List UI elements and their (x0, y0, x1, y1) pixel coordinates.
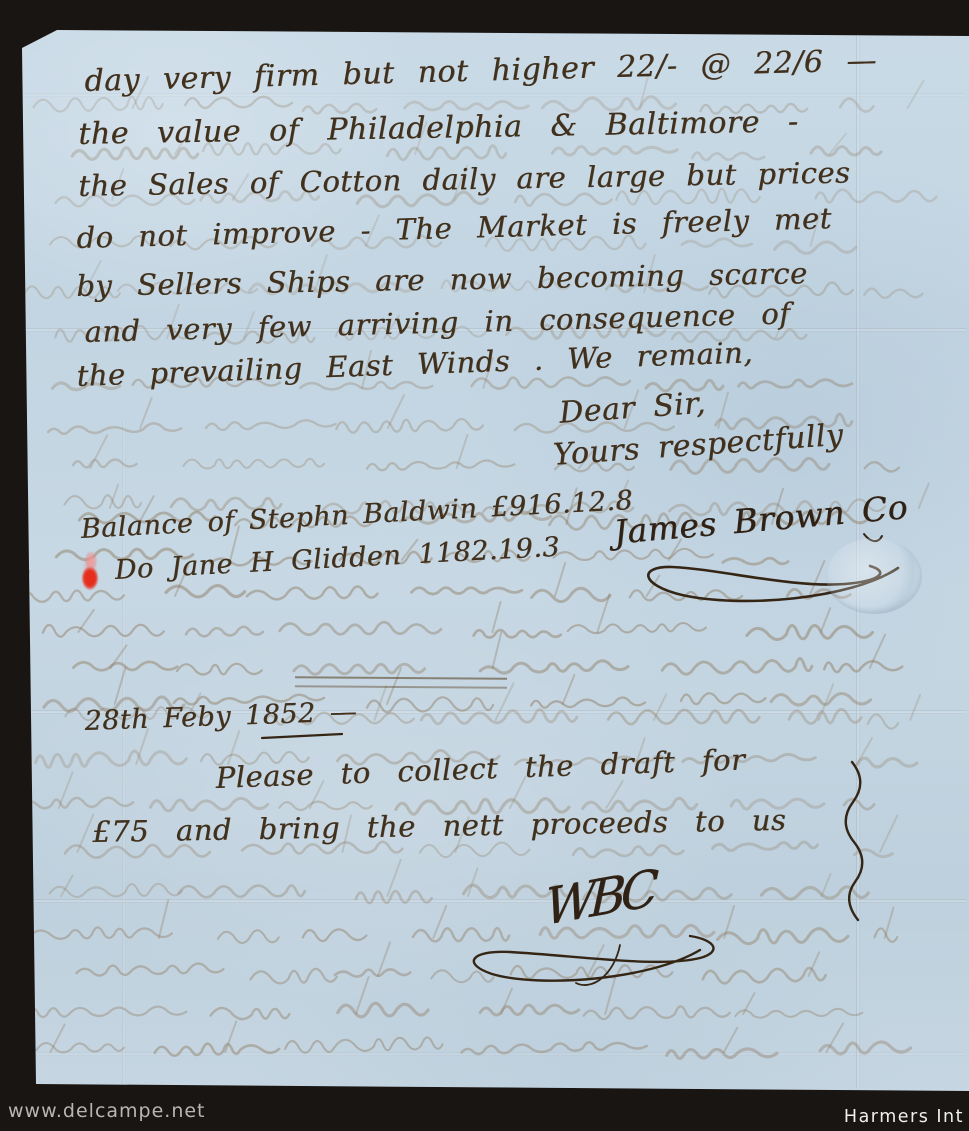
bleed-through-underline (295, 676, 507, 688)
watermark-delcampe: www.delcampe.net (8, 1100, 206, 1122)
embossed-paper-seal (826, 538, 922, 614)
watermark-harmers: Harmers Int (844, 1107, 964, 1127)
letter-paper: day very firm but not higher 22/- @ 22/6… (0, 0, 969, 1131)
photo-stage: day very firm but not higher 22/- @ 22/6… (0, 0, 969, 1131)
red-wax-seal-remnant (80, 546, 100, 598)
